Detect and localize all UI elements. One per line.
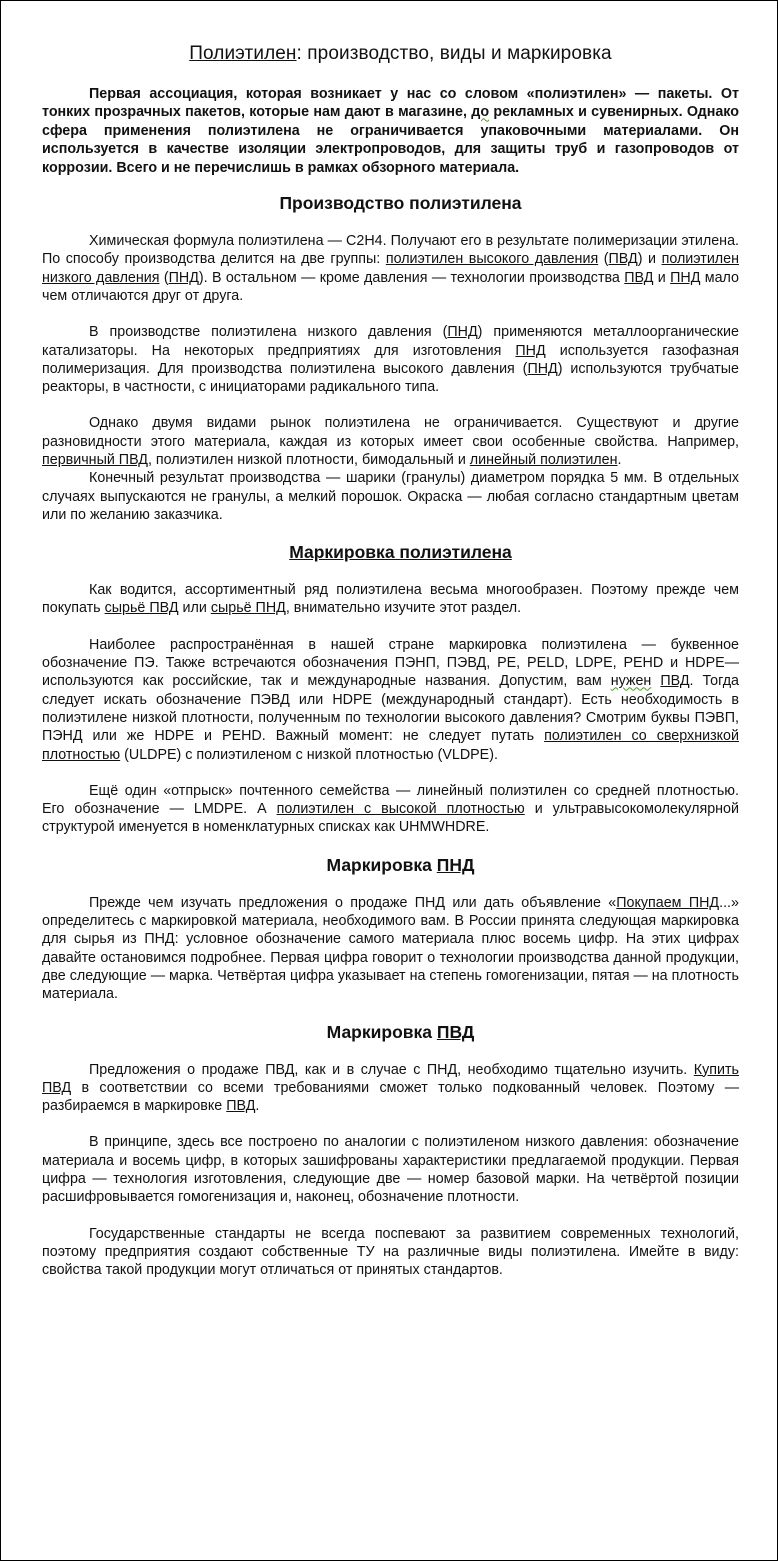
inline-link[interactable]: полиэтилен с высокой плотностью	[277, 801, 525, 817]
document-page: Полиэтилен: производство, виды и маркиро…	[0, 0, 778, 1561]
intro-paragraph: Первая ассоциация, которая возникает у н…	[42, 85, 739, 177]
text-run: (ULDPE) с полиэтиленом с низкой плотност…	[120, 747, 498, 763]
inline-link[interactable]: линейный полиэтилен	[470, 452, 618, 468]
body-paragraph: В производстве полиэтилена низкого давле…	[42, 323, 739, 396]
inline-link[interactable]: ПНД	[515, 343, 545, 359]
text-run: .	[618, 452, 622, 468]
text-run: , полиэтилен низкой плотности, бимодальн…	[148, 452, 470, 468]
inline-link[interactable]: ПНД	[447, 324, 477, 340]
section-heading: Производство полиэтилена	[42, 193, 739, 214]
text-run: Конечный результат производства — шарики…	[42, 470, 739, 523]
text-run: и	[653, 270, 670, 286]
body-paragraph: Химическая формула полиэтилена — C2H4. П…	[42, 232, 739, 305]
inline-link[interactable]: ПНД	[670, 270, 700, 286]
text-run: , внимательно изучите этот раздел.	[286, 600, 521, 616]
body-paragraph: Прежде чем изучать предложения о продаже…	[42, 894, 739, 1004]
text-run: Маркировка	[327, 855, 437, 875]
text-run: В производстве полиэтилена низкого давле…	[89, 324, 447, 340]
text-run: Маркировка	[327, 1022, 437, 1042]
inline-link[interactable]: ПВД	[609, 251, 638, 267]
inline-link[interactable]: сырьё ПВД	[105, 600, 179, 616]
inline-link[interactable]: ПВД	[624, 270, 653, 286]
text-run: Однако двумя видами рынок полиэтилена не…	[42, 415, 739, 449]
text-run: (	[159, 270, 168, 286]
text-run: Производство полиэтилена	[279, 193, 521, 213]
text-run: Предложения о продаже ПВД, как и в случа…	[89, 1062, 694, 1078]
body-paragraph: Однако двумя видами рынок полиэтилена не…	[42, 414, 739, 469]
inline-link[interactable]: ПВД	[226, 1098, 255, 1114]
inline-link[interactable]: ПНД	[527, 361, 557, 377]
spellcheck-mark: нужен	[611, 673, 652, 689]
text-run: ) и	[638, 251, 662, 267]
body-paragraph: Наиболее распространённая в нашей стране…	[42, 636, 739, 764]
inline-link[interactable]: первичный ПВД	[42, 452, 148, 468]
text-run: В принципе, здесь все построено по анало…	[42, 1134, 739, 1205]
text-run: .	[255, 1098, 259, 1114]
inline-link[interactable]: Покупаем ПНД	[616, 895, 719, 911]
text-run: (	[598, 251, 608, 267]
page-title: Полиэтилен: производство, виды и маркиро…	[42, 43, 739, 65]
inline-link[interactable]: ПВД	[660, 673, 689, 689]
text-run: в соответствии со всеми требованиями смо…	[42, 1080, 739, 1114]
body-paragraph: Конечный результат производства — шарики…	[42, 469, 739, 524]
text-run: или	[179, 600, 211, 616]
body-paragraph: В принципе, здесь все построено по анало…	[42, 1133, 739, 1206]
inline-link[interactable]: Полиэтилен	[189, 43, 296, 64]
section-heading: Маркировка ПНД	[42, 855, 739, 876]
body-paragraph: Государственные стандарты не всегда посп…	[42, 1225, 739, 1280]
text-run: : производство, виды и маркировка	[297, 43, 612, 64]
spellcheck-mark: до	[471, 104, 489, 120]
body-paragraph: Ещё один «отпрыск» почтенного семейства …	[42, 782, 739, 837]
inline-link[interactable]: ПНД	[169, 270, 199, 286]
text-run: ). В остальном — кроме давления — технол…	[199, 270, 624, 286]
sections-container: Производство полиэтиленаХимическая форму…	[42, 193, 739, 1279]
body-paragraph: Как водится, ассортиментный ряд полиэтил…	[42, 581, 739, 618]
text-run	[651, 673, 660, 689]
section-heading: Маркировка ПВД	[42, 1022, 739, 1043]
inline-link[interactable]: Маркировка полиэтилена	[289, 542, 512, 562]
inline-link[interactable]: полиэтилен высокого давления	[386, 251, 598, 267]
section-heading: Маркировка полиэтилена	[42, 542, 739, 563]
inline-link[interactable]: сырьё ПНД	[211, 600, 286, 616]
body-paragraph: Предложения о продаже ПВД, как и в случа…	[42, 1061, 739, 1116]
inline-link[interactable]: ПВД	[437, 1022, 474, 1042]
text-run: Прежде чем изучать предложения о продаже…	[89, 895, 616, 911]
text-run: Государственные стандарты не всегда посп…	[42, 1226, 739, 1279]
inline-link[interactable]: ПНД	[437, 855, 475, 875]
